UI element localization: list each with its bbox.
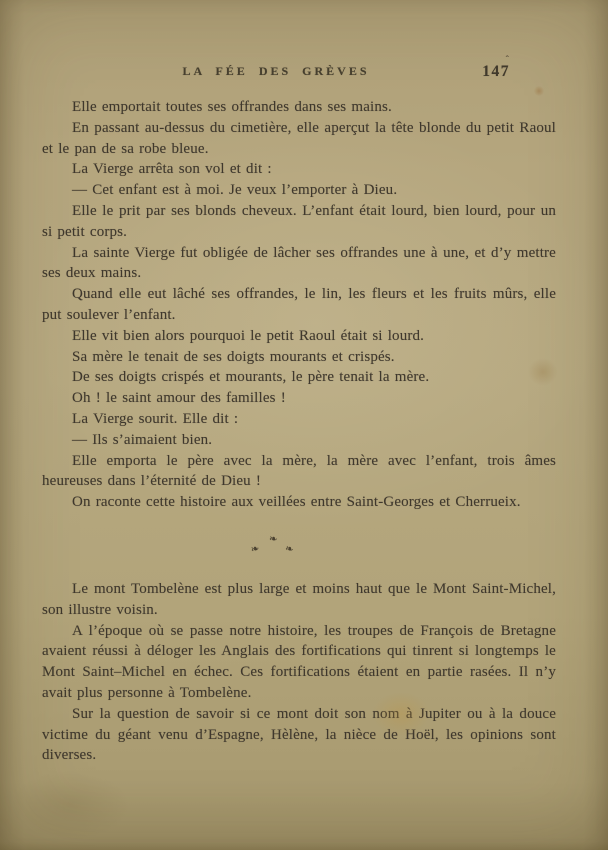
paragraph: Elle emporta le père avec la mère, la mè…	[42, 451, 556, 493]
paragraph: La sainte Vierge fut obligée de lâcher s…	[42, 243, 556, 285]
fleuron-icon: ❧	[284, 543, 294, 556]
paragraph: Elle vit bien alors pourquoi le petit Ra…	[42, 326, 556, 347]
book-page: LA FÉE DES GRÈVES 147 ˆ Elle emportait t…	[0, 0, 608, 850]
paragraph: De ses doigts crispés et mourants, le pè…	[42, 367, 556, 388]
paragraph: En passant au-dessus du cimetière, elle …	[42, 118, 556, 160]
paragraph: La Vierge sourit. Elle dit :	[42, 409, 556, 430]
paragraph: Sur la question de savoir si ce mont doi…	[42, 704, 556, 766]
fleuron-icon: ❧	[250, 543, 261, 556]
scanned-book-page-photo: LA FÉE DES GRÈVES 147 ˆ Elle emportait t…	[0, 0, 608, 850]
paragraph: Sa mère le tenait de ses doigts mourants…	[42, 347, 556, 368]
paragraph: Le mont Tombelène est plus large et moin…	[42, 579, 556, 621]
fleuron-icon: ❧	[269, 534, 278, 546]
paragraph: Elle emportait toutes ses offrandes dans…	[42, 97, 556, 118]
running-header: LA FÉE DES GRÈVES 147 ˆ	[42, 64, 510, 82]
text-section-2: Le mont Tombelène est plus large et moin…	[42, 579, 556, 766]
text-section-1: Elle emportait toutes ses offrandes dans…	[42, 97, 556, 513]
paragraph: — Cet enfant est à moi. Je veux l’emport…	[42, 180, 556, 201]
paragraph: La Vierge arrêta son vol et dit :	[42, 159, 556, 180]
paragraph: Elle le prit par ses blonds cheveux. L’e…	[42, 201, 556, 243]
running-title: LA FÉE DES GRÈVES	[42, 64, 510, 79]
paragraph: Oh ! le saint amour des familles !	[42, 388, 556, 409]
page-number-accent-mark: ˆ	[506, 55, 509, 66]
paragraph: Quand elle eut lâché ses offrandes, le l…	[42, 284, 556, 326]
paragraph: A l’époque où se passe notre histoire, l…	[42, 621, 556, 704]
paragraph: — Ils s’aimaient bien.	[42, 430, 556, 451]
paragraph: On raconte cette histoire aux veillées e…	[42, 492, 556, 513]
section-divider-ornament: ❧ ❧ ❧	[243, 534, 307, 562]
